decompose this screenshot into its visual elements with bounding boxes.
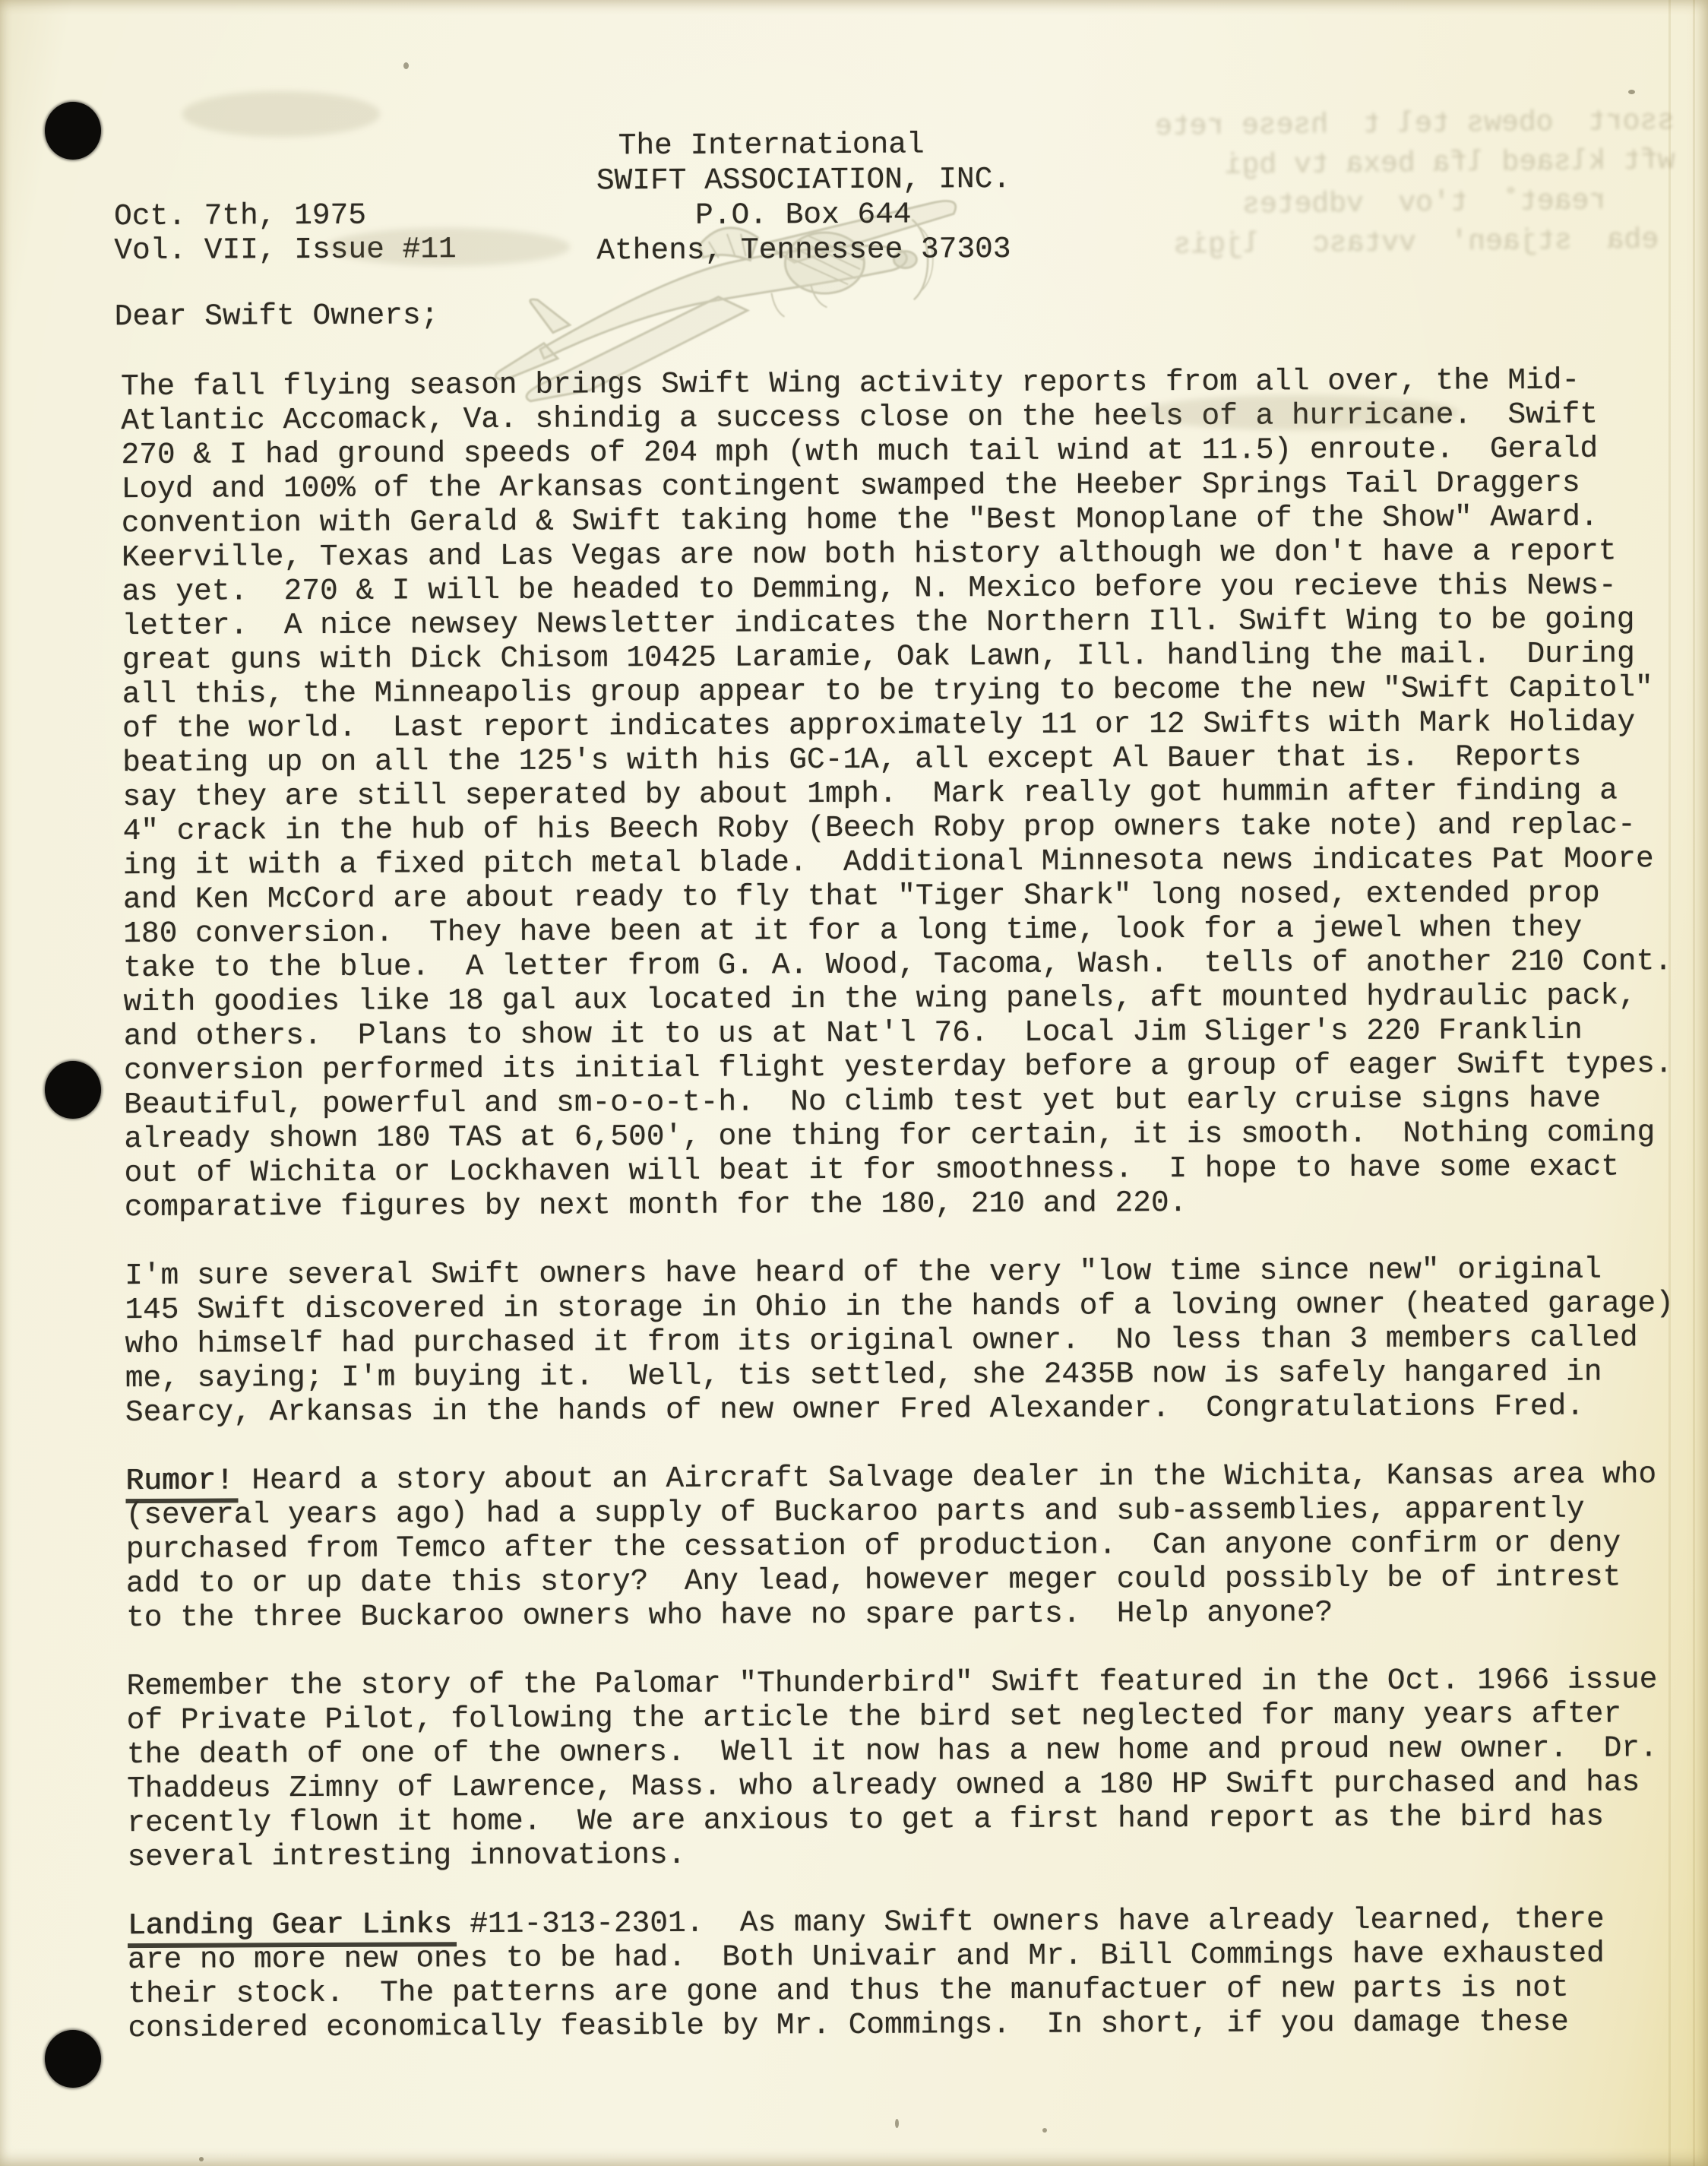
date-text: Oct. 7th, 1975 (114, 198, 457, 233)
ink-speck (403, 62, 409, 69)
scanned-newsletter-page: ssort obews tel t hsese retewft klsaed l… (0, 0, 1708, 2166)
text-line: comparative figures by next month for th… (125, 1183, 1697, 1224)
hole-punch-bottom (45, 2030, 101, 2088)
text-line: add to or up date this story? Any lead, … (126, 1560, 1699, 1601)
text-line: to the three Buckaroo owners who have no… (126, 1594, 1699, 1635)
masthead-address-line1: P.O. Box 644 (695, 197, 1067, 233)
paragraph: Rumor! Heard a story about an Aircraft S… (125, 1457, 1699, 1635)
ink-speck (895, 2119, 899, 2128)
salutation: Dear Swift Owners; (115, 298, 439, 334)
bleed-through-text: ssort obews tel t hsese retewft klsaed l… (991, 102, 1676, 268)
paragraph: Landing Gear Links #11-313-2301. As many… (128, 1902, 1701, 2045)
paragraph: The fall flying season brings Swift Wing… (121, 363, 1697, 1224)
masthead-org-line1: The International (618, 127, 1067, 164)
ink-speck (1628, 90, 1635, 94)
paragraph: Remember the story of the Palomar "Thund… (126, 1662, 1700, 1874)
smudge-mark (182, 91, 380, 137)
smudge-mark (327, 228, 570, 266)
masthead-org-line2: SWIFT ASSOCIATION, INC. (596, 162, 1067, 199)
salutation-text: Dear Swift Owners; (115, 298, 439, 334)
hole-punch-middle (45, 1061, 101, 1119)
ink-speck (199, 2157, 204, 2161)
paragraph: I'm sure several Swift owners have heard… (125, 1252, 1698, 1430)
masthead: The International SWIFT ASSOCIATION, INC… (596, 127, 1068, 269)
text-line: Searcy, Arkansas in the hands of new own… (125, 1389, 1698, 1430)
text-line: considered economically feasible by Mr. … (128, 2004, 1700, 2045)
scanner-streak (1668, 0, 1671, 2166)
text-line: several intresting innovations. (127, 1833, 1700, 1874)
letter-body: The fall flying season brings Swift Wing… (121, 363, 1701, 2079)
scanner-streak (1693, 0, 1695, 2166)
text-line: recently flown it home. We are anxious t… (127, 1799, 1700, 1840)
masthead-address-line2: Athens, Tennessee 37303 (596, 232, 1067, 269)
ink-speck (1042, 2128, 1047, 2133)
scan-content: ssort obews tel t hsese retewft klsaed l… (0, 0, 1708, 2166)
bleed-line: eba stjaen' vvtasc ljgis (992, 220, 1677, 268)
hole-punch-top (45, 102, 101, 160)
smudge-mark (1140, 395, 1459, 430)
text-line: out of Wichita or Lockhaven will beat it… (125, 1149, 1697, 1190)
